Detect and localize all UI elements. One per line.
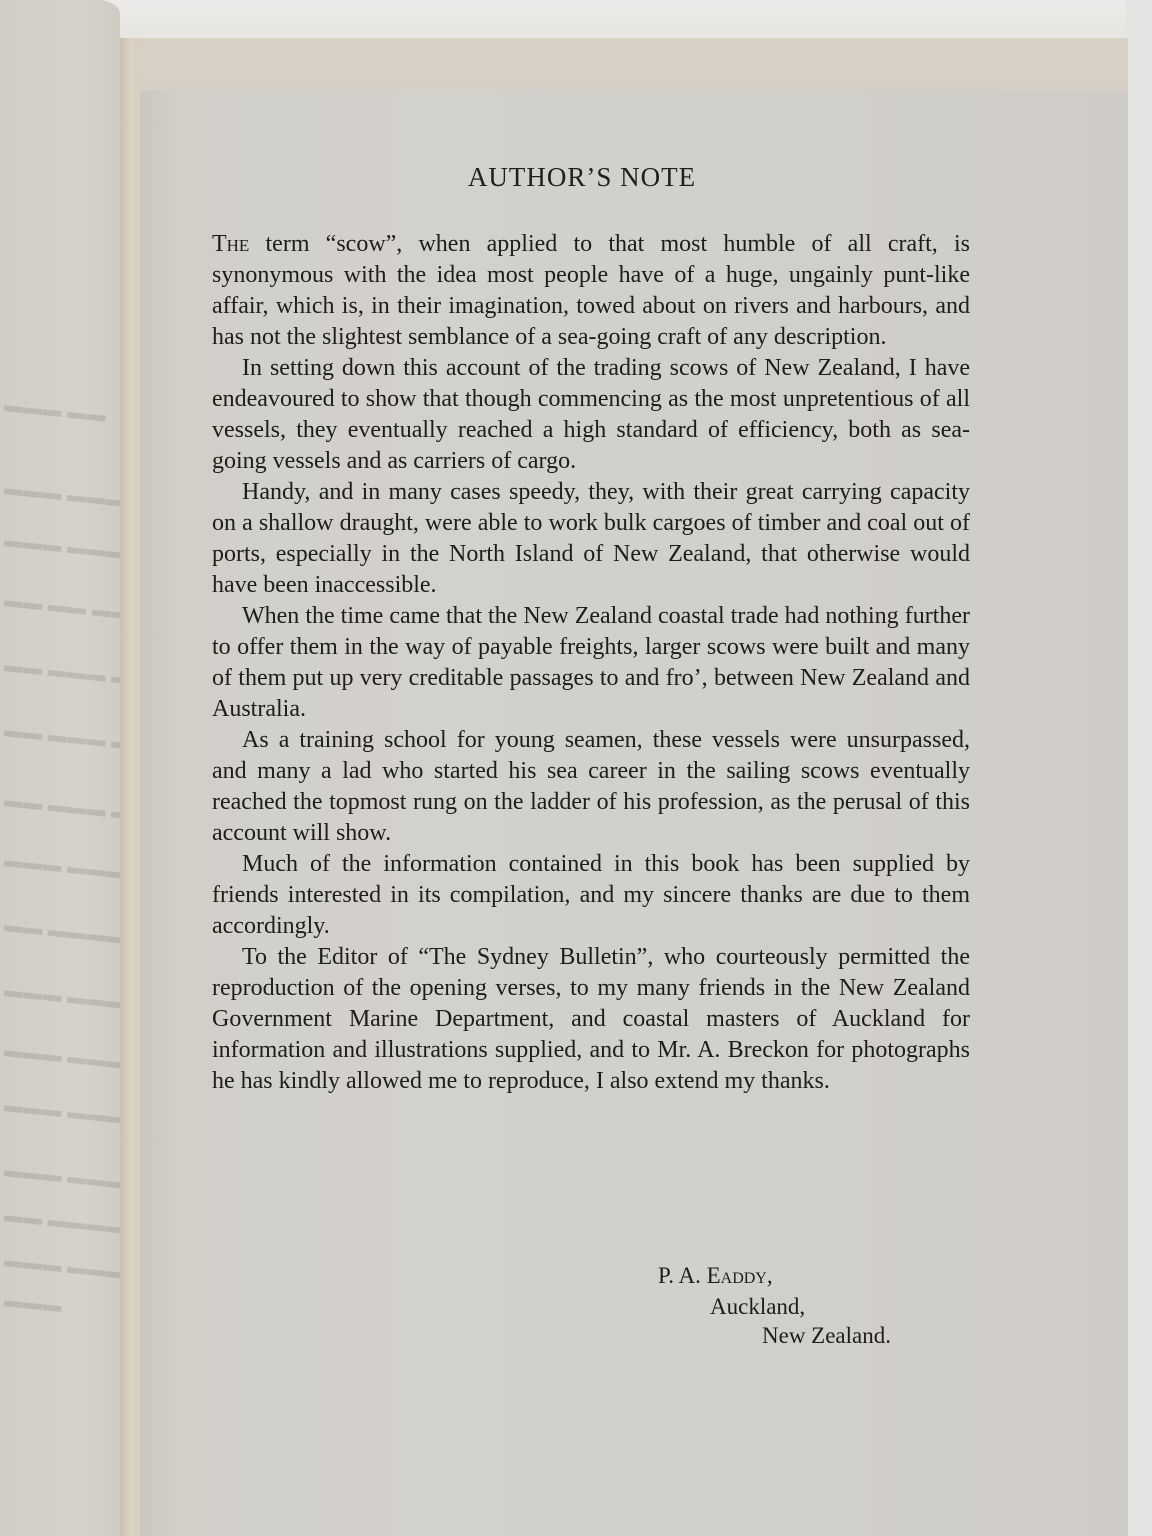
paragraph-capacity: Handy, and in many cases speedy, they, w… (212, 477, 970, 601)
bleed-through-text: ▬▬▬ ▬▬▬ (3, 530, 127, 565)
paragraph-coastal-trade: When the time came that the New Zealand … (212, 601, 970, 725)
signature-initials: P. A. (658, 1263, 707, 1288)
dropcap-lead: The (212, 231, 249, 257)
page-title: AUTHOR’S NOTE (212, 162, 970, 193)
bleed-through-text: ▬▬▬ ▬▬▬ (3, 850, 127, 885)
signature-country: New Zealand. (762, 1323, 891, 1349)
signature-surname: Eaddy, (707, 1263, 773, 1288)
bleed-through-text: ▬▬▬ ▬▬▬ (3, 1040, 127, 1075)
paragraph-acknowledgements: To the Editor of “The Sydney Bulletin”, … (212, 942, 970, 1097)
bleed-through-text: ▬▬▬ ▬▬▬ (3, 1095, 127, 1130)
book-page: AUTHOR’S NOTE The term “scow”, when appl… (140, 38, 1128, 1536)
backdrop-surface (0, 0, 1152, 40)
paragraph-intro: The term “scow”, when applied to that mo… (212, 229, 970, 353)
signature-city: Auckland, (710, 1294, 805, 1320)
paragraph-intro-text: term “scow”, when applied to that most h… (212, 231, 970, 350)
backdrop-right-edge (1126, 0, 1152, 1536)
bleed-through-text: ▬▬▬ ▬▬ (3, 395, 107, 428)
paragraph-information: Much of the information contained in thi… (212, 849, 970, 942)
bleed-through-text: ▬▬ ▬▬▬▬ (3, 1205, 127, 1240)
bleed-through-text: ▬▬▬ (3, 1290, 63, 1318)
page-text-block: AUTHOR’S NOTE The term “scow”, when appl… (212, 162, 970, 1097)
facing-left-page: ▬▬▬ ▬▬ ▬▬▬ ▬▬▬▬ ▬▬▬ ▬▬▬ ▬▬ ▬▬ ▬▬▬ ▬▬ ▬▬▬… (0, 0, 120, 1536)
paragraph-training-school: As a training school for young seamen, t… (212, 725, 970, 849)
page-top-band (140, 38, 1128, 90)
paragraph-account: In setting down this account of the trad… (212, 353, 970, 477)
signature-author: P. A. Eaddy, (658, 1263, 773, 1289)
bleed-through-text: ▬▬▬ ▬▬▬ (3, 1160, 127, 1195)
bleed-through-text: ▬▬▬ ▬▬▬ (3, 1250, 127, 1285)
